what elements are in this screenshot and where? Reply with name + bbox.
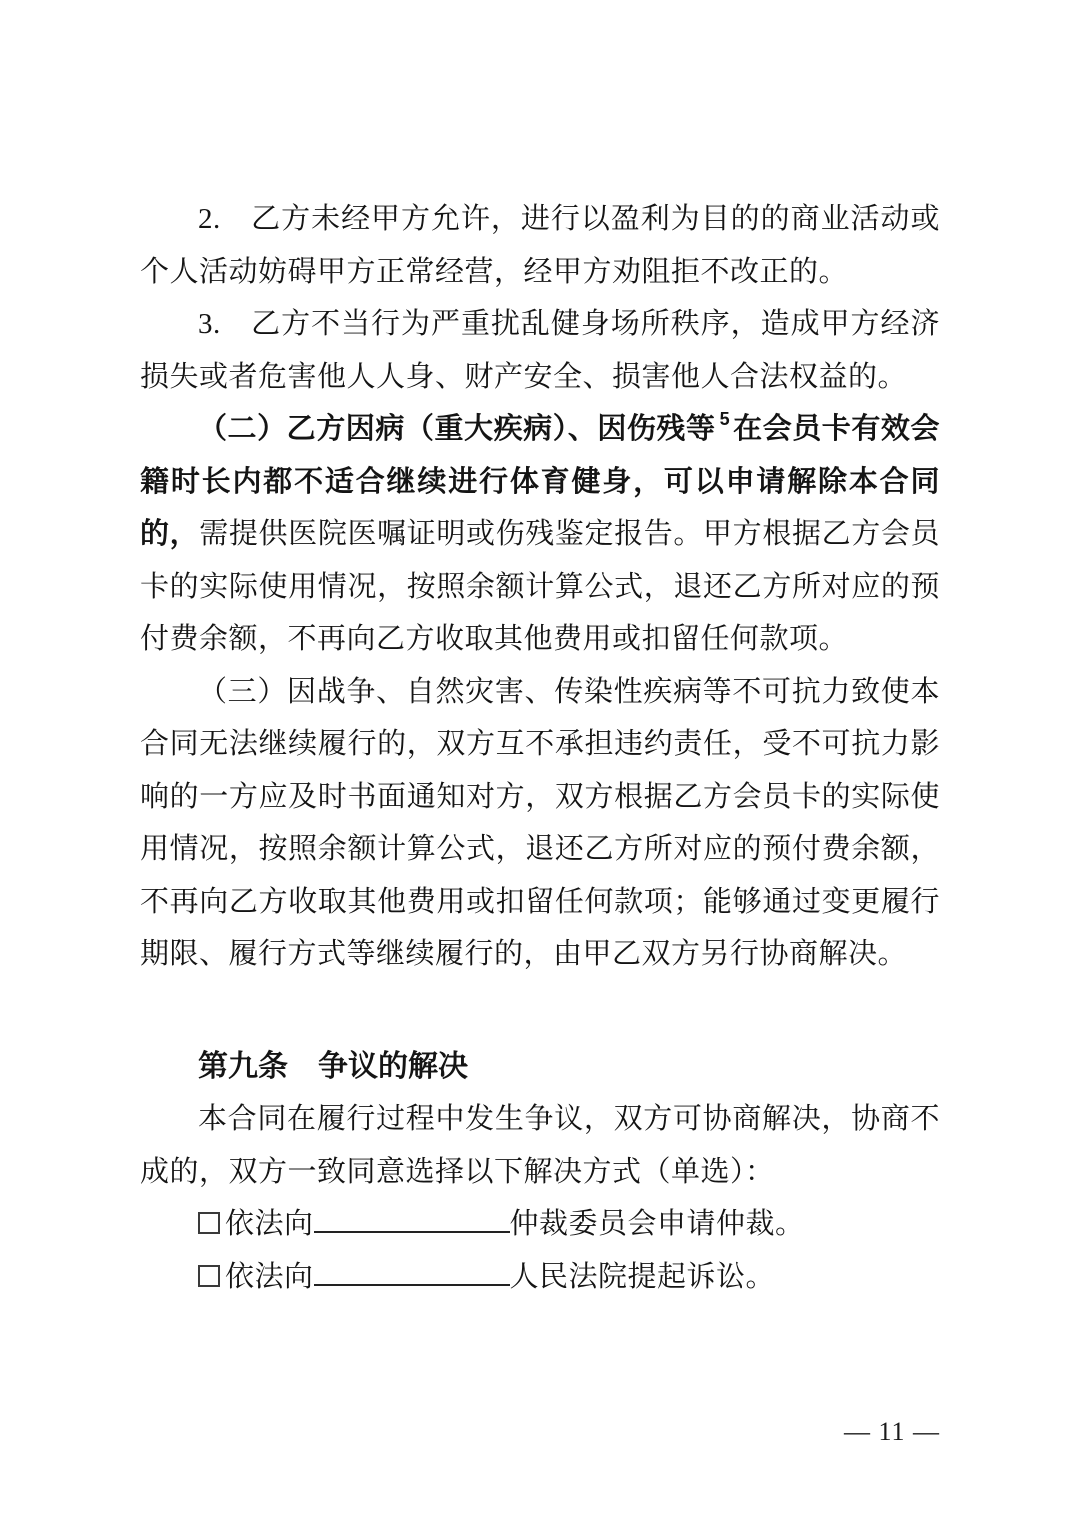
- arbitration-option-suffix: 仲裁委员会申请仲裁。: [510, 1208, 805, 1240]
- article-9-heading: 第九条 争议的解决: [140, 1041, 940, 1094]
- litigation-checkbox[interactable]: [198, 1265, 220, 1287]
- arbitration-option-prefix: 依法向: [225, 1208, 314, 1240]
- article-9-intro: 本合同在履行过程中发生争议，双方可协商解决，协商不成的，双方一致同意选择以下解决…: [140, 1093, 940, 1198]
- clause-illness-bold-text: （二）乙方因病（重大疾病）、因伤残等: [198, 413, 716, 445]
- contract-body: 2. 乙方未经甲方允许，进行以盈利为目的的商业活动或个人活动妨碍甲方正常经营，经…: [140, 193, 940, 1303]
- misconduct-item-3: 3. 乙方不当行为严重扰乱健身场所秩序，造成甲方经济损失或者危害他人人身、财产安…: [140, 298, 940, 403]
- arbitration-checkbox[interactable]: [198, 1212, 220, 1234]
- arbitration-committee-blank-field[interactable]: [314, 1201, 510, 1233]
- dispute-option-litigation: 依法向人民法院提起诉讼。: [140, 1251, 940, 1304]
- clause-illness-regular-text: 需提供医院医嘱证明或伤残鉴定报告。甲方根据乙方会员卡的实际使用情况，按照余额计算…: [140, 518, 940, 655]
- contract-page: 2. 乙方未经甲方允许，进行以盈利为目的的商业活动或个人活动妨碍甲方正常经营，经…: [0, 0, 1080, 1527]
- page-number: — 11 —: [844, 1417, 940, 1447]
- misconduct-item-2: 2. 乙方未经甲方允许，进行以盈利为目的的商业活动或个人活动妨碍甲方正常经营，经…: [140, 193, 940, 298]
- clause-force-majeure: （三）因战争、自然灾害、传染性疾病等不可抗力致使本合同无法继续履行的，双方互不承…: [140, 666, 940, 981]
- clause-illness: （二）乙方因病（重大疾病）、因伤残等5在会员卡有效会籍时长内都不适合继续进行体育…: [140, 403, 940, 666]
- dispute-option-arbitration: 依法向仲裁委员会申请仲裁。: [140, 1198, 940, 1251]
- litigation-option-suffix: 人民法院提起诉讼。: [510, 1261, 776, 1293]
- litigation-option-prefix: 依法向: [225, 1261, 314, 1293]
- court-name-blank-field[interactable]: [314, 1254, 510, 1286]
- footnote-ref-5: 5: [716, 409, 734, 429]
